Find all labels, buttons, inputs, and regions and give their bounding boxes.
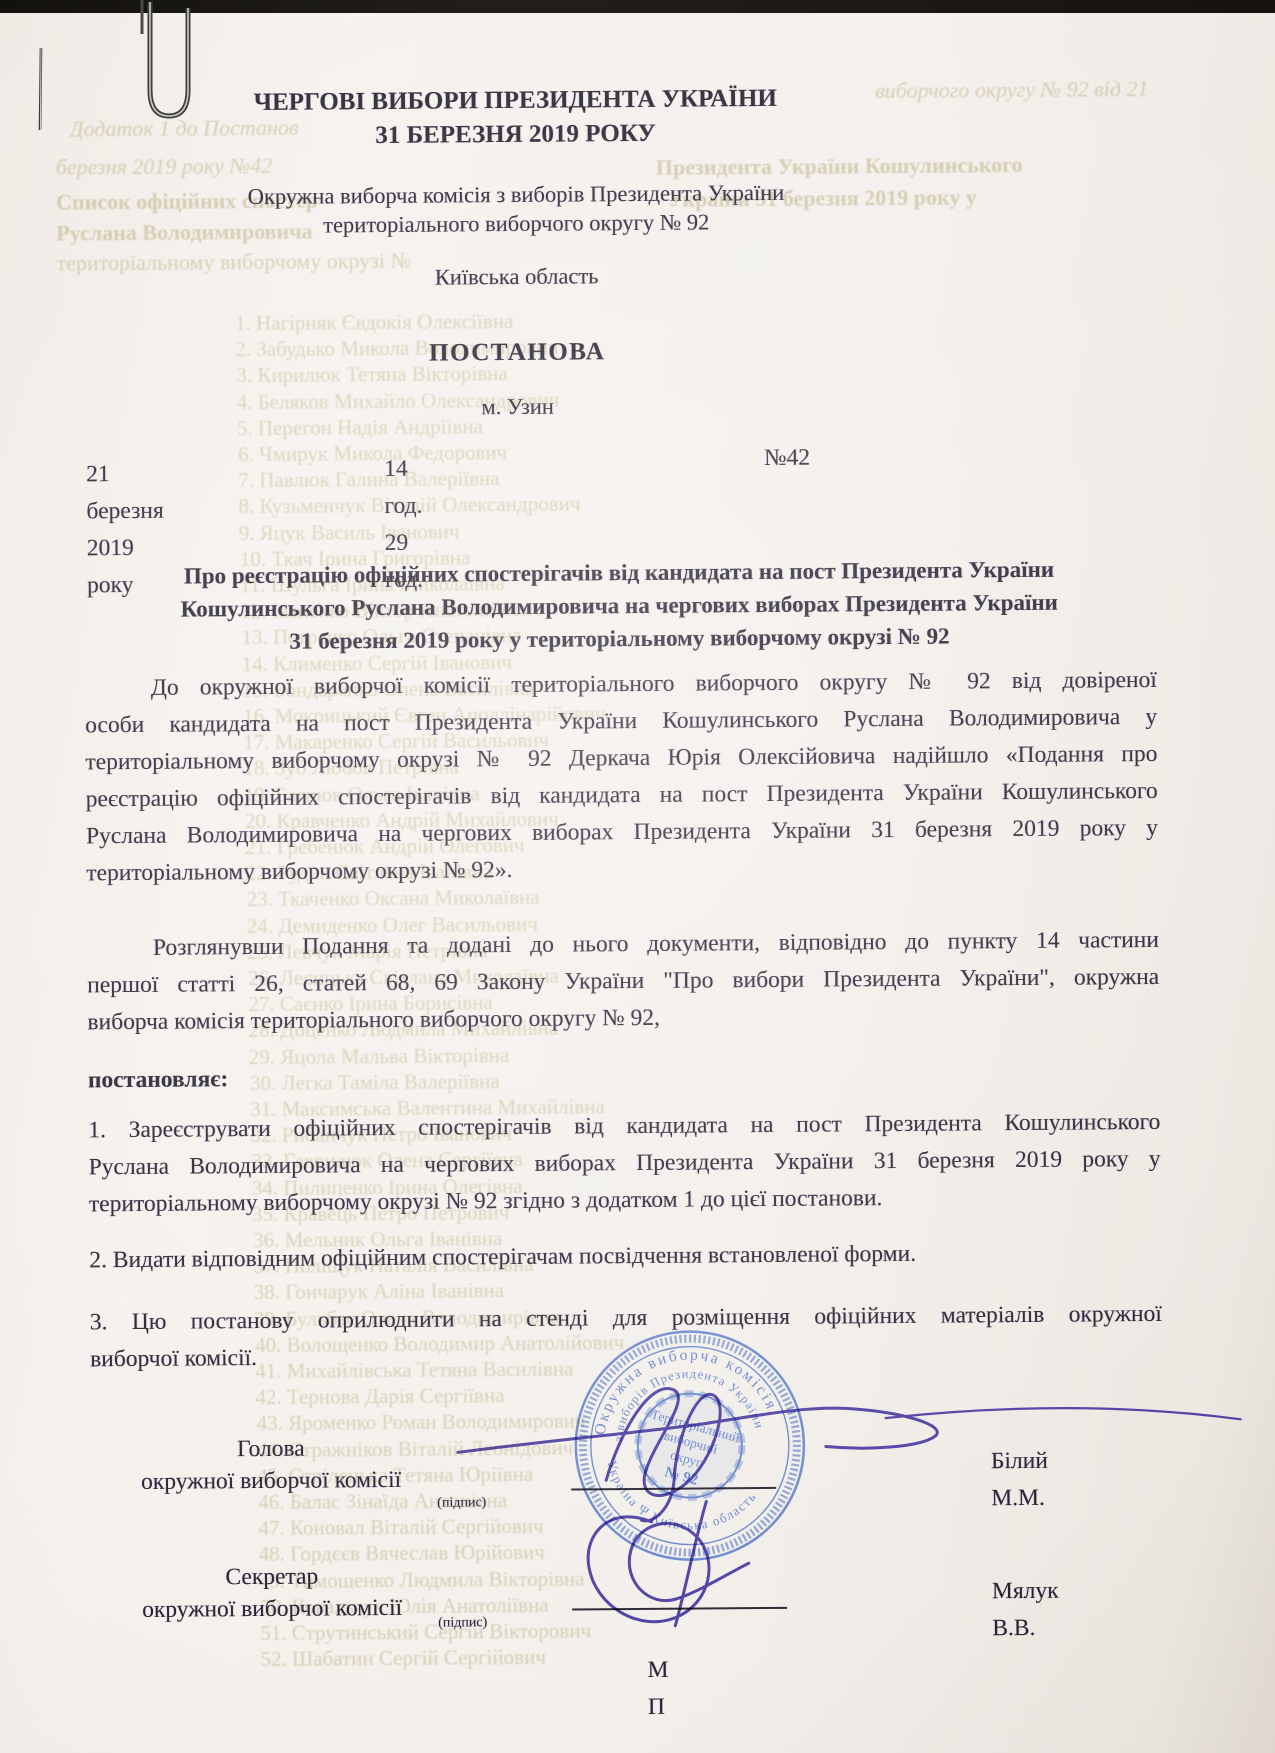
pin-mark-icon — [36, 46, 46, 132]
page-content: Додаток 1 до Постанови березня 2019 року… — [0, 0, 1275, 1753]
head-signature-ink — [458, 1407, 938, 1452]
scanned-paper: Додаток 1 до Постанови березня 2019 року… — [0, 0, 1275, 1753]
handwritten-signatures — [0, 0, 1275, 1753]
secretary-signature-ink — [588, 1501, 750, 1626]
head-signature-ink-tail — [886, 1407, 1241, 1422]
head-signature-ink-loops — [605, 1388, 721, 1521]
paperclip-icon — [112, 0, 222, 150]
